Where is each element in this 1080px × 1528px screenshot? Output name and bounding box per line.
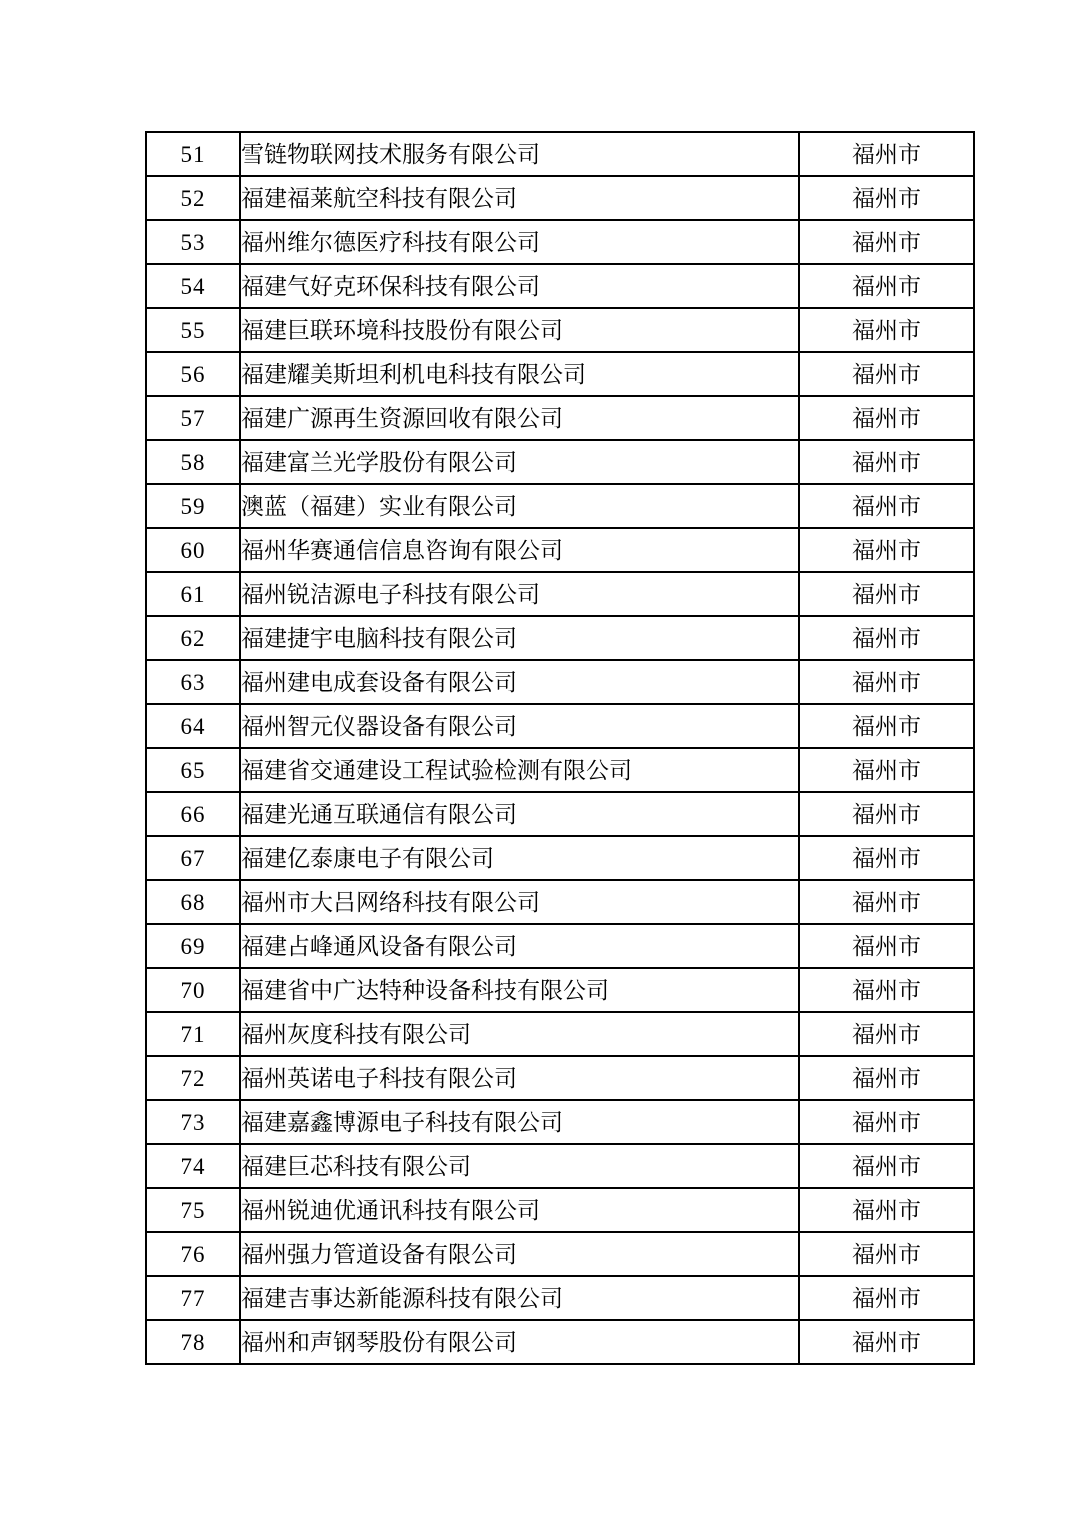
table-row: 63 福州建电成套设备有限公司 福州市 [146,660,974,704]
company-name-cell: 福建占峰通风设备有限公司 [240,924,799,968]
row-number-cell: 76 [146,1232,240,1276]
city-cell: 福州市 [799,704,974,748]
table-row: 70 福建省中广达特种设备科技有限公司 福州市 [146,968,974,1012]
city-cell: 福州市 [799,660,974,704]
row-number-cell: 64 [146,704,240,748]
company-name-cell: 福建亿泰康电子有限公司 [240,836,799,880]
city-cell: 福州市 [799,880,974,924]
row-number-cell: 54 [146,264,240,308]
city-cell: 福州市 [799,308,974,352]
table-row: 62 福建捷宇电脑科技有限公司 福州市 [146,616,974,660]
row-number-cell: 56 [146,352,240,396]
company-name-cell: 福州建电成套设备有限公司 [240,660,799,704]
company-name-cell: 福建省中广达特种设备科技有限公司 [240,968,799,1012]
city-cell: 福州市 [799,748,974,792]
table-row: 56 福建耀美斯坦利机电科技有限公司 福州市 [146,352,974,396]
table-row: 51 雪链物联网技术服务有限公司 福州市 [146,132,974,176]
city-cell: 福州市 [799,1144,974,1188]
table-row: 68 福州市大吕网络科技有限公司 福州市 [146,880,974,924]
city-cell: 福州市 [799,132,974,176]
city-cell: 福州市 [799,1320,974,1364]
row-number-cell: 68 [146,880,240,924]
row-number-cell: 52 [146,176,240,220]
company-name-cell: 福州市大吕网络科技有限公司 [240,880,799,924]
company-name-cell: 福州灰度科技有限公司 [240,1012,799,1056]
city-cell: 福州市 [799,1188,974,1232]
table-row: 69 福建占峰通风设备有限公司 福州市 [146,924,974,968]
table-row: 77 福建吉事达新能源科技有限公司 福州市 [146,1276,974,1320]
document-page: 51 雪链物联网技术服务有限公司 福州市 52 福建福莱航空科技有限公司 福州市… [0,0,1080,1528]
row-number-cell: 70 [146,968,240,1012]
row-number-cell: 60 [146,528,240,572]
city-cell: 福州市 [799,1276,974,1320]
city-cell: 福州市 [799,792,974,836]
row-number-cell: 51 [146,132,240,176]
table-row: 76 福州强力管道设备有限公司 福州市 [146,1232,974,1276]
table-row: 71 福州灰度科技有限公司 福州市 [146,1012,974,1056]
row-number-cell: 67 [146,836,240,880]
city-cell: 福州市 [799,1232,974,1276]
company-name-cell: 福建气好克环保科技有限公司 [240,264,799,308]
table-row: 55 福建巨联环境科技股份有限公司 福州市 [146,308,974,352]
row-number-cell: 61 [146,572,240,616]
company-table: 51 雪链物联网技术服务有限公司 福州市 52 福建福莱航空科技有限公司 福州市… [145,131,975,1365]
city-cell: 福州市 [799,836,974,880]
city-cell: 福州市 [799,220,974,264]
table-row: 64 福州智元仪器设备有限公司 福州市 [146,704,974,748]
table-row: 65 福建省交通建设工程试验检测有限公司 福州市 [146,748,974,792]
row-number-cell: 72 [146,1056,240,1100]
company-name-cell: 福州维尔德医疗科技有限公司 [240,220,799,264]
company-name-cell: 福建福莱航空科技有限公司 [240,176,799,220]
company-name-cell: 福建富兰光学股份有限公司 [240,440,799,484]
city-cell: 福州市 [799,1100,974,1144]
row-number-cell: 77 [146,1276,240,1320]
city-cell: 福州市 [799,352,974,396]
company-name-cell: 福州和声钢琴股份有限公司 [240,1320,799,1364]
city-cell: 福州市 [799,572,974,616]
row-number-cell: 53 [146,220,240,264]
table-row: 73 福建嘉鑫博源电子科技有限公司 福州市 [146,1100,974,1144]
company-name-cell: 雪链物联网技术服务有限公司 [240,132,799,176]
company-name-cell: 福建省交通建设工程试验检测有限公司 [240,748,799,792]
company-name-cell: 福建嘉鑫博源电子科技有限公司 [240,1100,799,1144]
company-name-cell: 福建捷宇电脑科技有限公司 [240,616,799,660]
city-cell: 福州市 [799,924,974,968]
table-row: 60 福州华赛通信信息咨询有限公司 福州市 [146,528,974,572]
row-number-cell: 78 [146,1320,240,1364]
table-row: 54 福建气好克环保科技有限公司 福州市 [146,264,974,308]
table-row: 58 福建富兰光学股份有限公司 福州市 [146,440,974,484]
city-cell: 福州市 [799,440,974,484]
row-number-cell: 57 [146,396,240,440]
table-row: 66 福建光通互联通信有限公司 福州市 [146,792,974,836]
company-name-cell: 澳蓝（福建）实业有限公司 [240,484,799,528]
city-cell: 福州市 [799,484,974,528]
row-number-cell: 75 [146,1188,240,1232]
table-row: 52 福建福莱航空科技有限公司 福州市 [146,176,974,220]
company-name-cell: 福州智元仪器设备有限公司 [240,704,799,748]
city-cell: 福州市 [799,528,974,572]
city-cell: 福州市 [799,176,974,220]
company-name-cell: 福建广源再生资源回收有限公司 [240,396,799,440]
company-name-cell: 福建巨联环境科技股份有限公司 [240,308,799,352]
company-name-cell: 福州强力管道设备有限公司 [240,1232,799,1276]
table-row: 53 福州维尔德医疗科技有限公司 福州市 [146,220,974,264]
city-cell: 福州市 [799,264,974,308]
table-row: 75 福州锐迪优通讯科技有限公司 福州市 [146,1188,974,1232]
table-row: 67 福建亿泰康电子有限公司 福州市 [146,836,974,880]
company-name-cell: 福建耀美斯坦利机电科技有限公司 [240,352,799,396]
row-number-cell: 55 [146,308,240,352]
company-name-cell: 福建吉事达新能源科技有限公司 [240,1276,799,1320]
table-row: 72 福州英诺电子科技有限公司 福州市 [146,1056,974,1100]
company-name-cell: 福州英诺电子科技有限公司 [240,1056,799,1100]
table-row: 74 福建巨芯科技有限公司 福州市 [146,1144,974,1188]
row-number-cell: 63 [146,660,240,704]
table-row: 78 福州和声钢琴股份有限公司 福州市 [146,1320,974,1364]
row-number-cell: 58 [146,440,240,484]
row-number-cell: 69 [146,924,240,968]
table-row: 61 福州锐洁源电子科技有限公司 福州市 [146,572,974,616]
row-number-cell: 62 [146,616,240,660]
city-cell: 福州市 [799,1012,974,1056]
row-number-cell: 65 [146,748,240,792]
company-name-cell: 福州华赛通信信息咨询有限公司 [240,528,799,572]
company-name-cell: 福建光通互联通信有限公司 [240,792,799,836]
city-cell: 福州市 [799,968,974,1012]
city-cell: 福州市 [799,1056,974,1100]
row-number-cell: 74 [146,1144,240,1188]
table-row: 59 澳蓝（福建）实业有限公司 福州市 [146,484,974,528]
row-number-cell: 71 [146,1012,240,1056]
row-number-cell: 73 [146,1100,240,1144]
table-row: 57 福建广源再生资源回收有限公司 福州市 [146,396,974,440]
row-number-cell: 66 [146,792,240,836]
row-number-cell: 59 [146,484,240,528]
company-name-cell: 福州锐洁源电子科技有限公司 [240,572,799,616]
company-table-body: 51 雪链物联网技术服务有限公司 福州市 52 福建福莱航空科技有限公司 福州市… [146,132,974,1364]
city-cell: 福州市 [799,616,974,660]
company-name-cell: 福建巨芯科技有限公司 [240,1144,799,1188]
city-cell: 福州市 [799,396,974,440]
company-name-cell: 福州锐迪优通讯科技有限公司 [240,1188,799,1232]
